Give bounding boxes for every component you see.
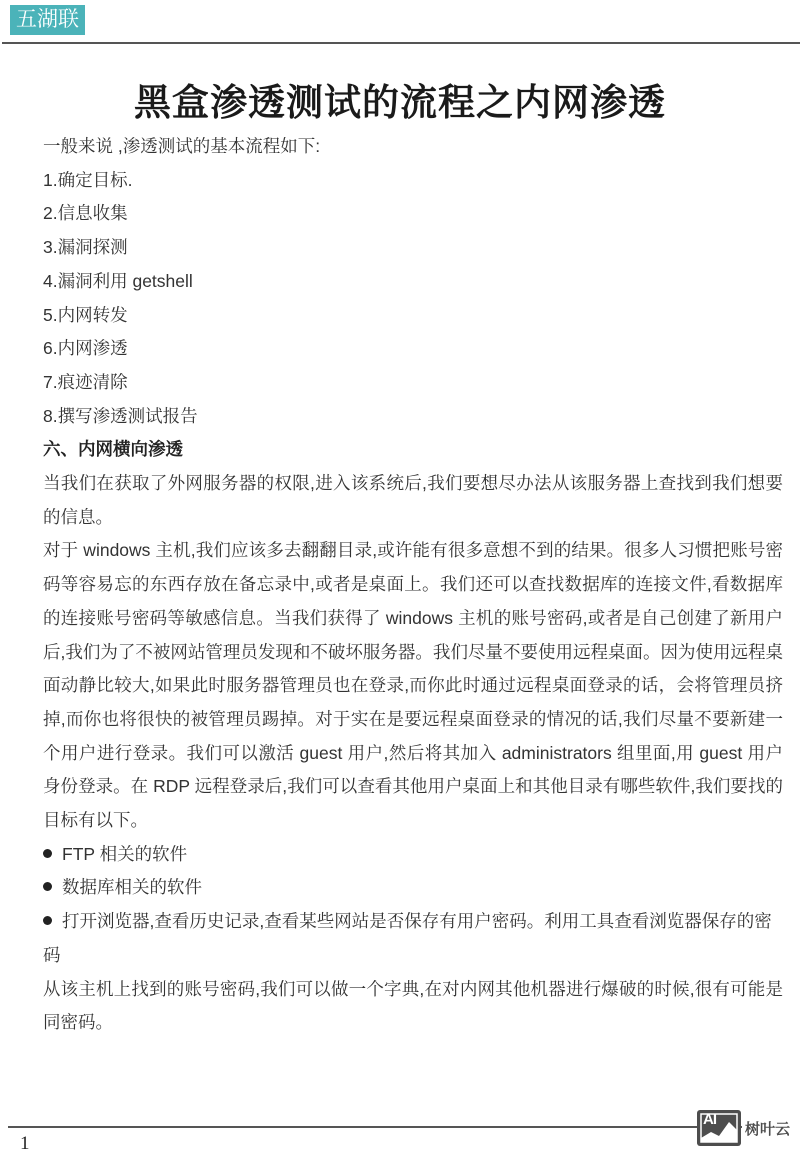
- steps-list: 1.确定目标. 2.信息收集 3.漏洞探测 4.漏洞利用 getshell 5.…: [43, 164, 783, 434]
- intro-text: 一般来说 ,渗透测试的基本流程如下:: [43, 130, 783, 164]
- header-divider: [2, 42, 800, 44]
- bullet-text: FTP 相关的软件: [62, 844, 187, 864]
- paragraph: 当我们在获取了外网服务器的权限,进入该系统后,我们要想尽办法从该服务器上查找到我…: [43, 467, 783, 534]
- bullet-text: 打开浏览器,查看历史记录,查看某些网站是否保存有用户密码。利用工具查看浏览器保存…: [43, 911, 772, 965]
- bullet-list: FTP 相关的软件 数据库相关的软件 打开浏览器,查看历史记录,查看某些网站是否…: [43, 838, 783, 973]
- bullet-item: 打开浏览器,查看历史记录,查看某些网站是否保存有用户密码。利用工具查看浏览器保存…: [43, 905, 783, 972]
- footer-divider: [8, 1126, 742, 1128]
- step-item: 5.内网转发: [43, 299, 783, 333]
- bullet-text: 数据库相关的软件: [62, 877, 202, 897]
- step-item: 8.撰写渗透测试报告: [43, 400, 783, 434]
- bullet-item: FTP 相关的软件: [43, 838, 783, 872]
- step-item: 3.漏洞探测: [43, 231, 783, 265]
- page-title: 黑盒渗透测试的流程之内网渗透: [0, 72, 800, 126]
- closing-paragraph: 从该主机上找到的账号密码,我们可以做一个字典,在对内网其他机器进行爆破的时候,很…: [43, 973, 783, 1040]
- watermark-text: 树叶云: [745, 1118, 790, 1139]
- step-item: 7.痕迹清除: [43, 366, 783, 400]
- bullet-item: 数据库相关的软件: [43, 871, 783, 905]
- document-body: 一般来说 ,渗透测试的基本流程如下: 1.确定目标. 2.信息收集 3.漏洞探测…: [43, 130, 783, 1040]
- bullet-dot-icon: [43, 916, 52, 925]
- step-item: 1.确定目标.: [43, 164, 783, 198]
- step-item: 2.信息收集: [43, 197, 783, 231]
- mountain-icon: [697, 1110, 741, 1146]
- ai-logo-icon: AI: [697, 1110, 741, 1146]
- bullet-dot-icon: [43, 849, 52, 858]
- paragraph: 对于 windows 主机,我们应该多去翻翻目录,或许能有很多意想不到的结果。很…: [43, 534, 783, 837]
- bullet-dot-icon: [43, 882, 52, 891]
- section-heading: 六、内网横向渗透: [43, 433, 783, 467]
- header-brand-badge: 五湖联: [10, 5, 85, 35]
- step-item: 6.内网渗透: [43, 332, 783, 366]
- step-item: 4.漏洞利用 getshell: [43, 265, 783, 299]
- page-number: 1: [20, 1133, 30, 1155]
- watermark: AI 树叶云: [697, 1110, 790, 1146]
